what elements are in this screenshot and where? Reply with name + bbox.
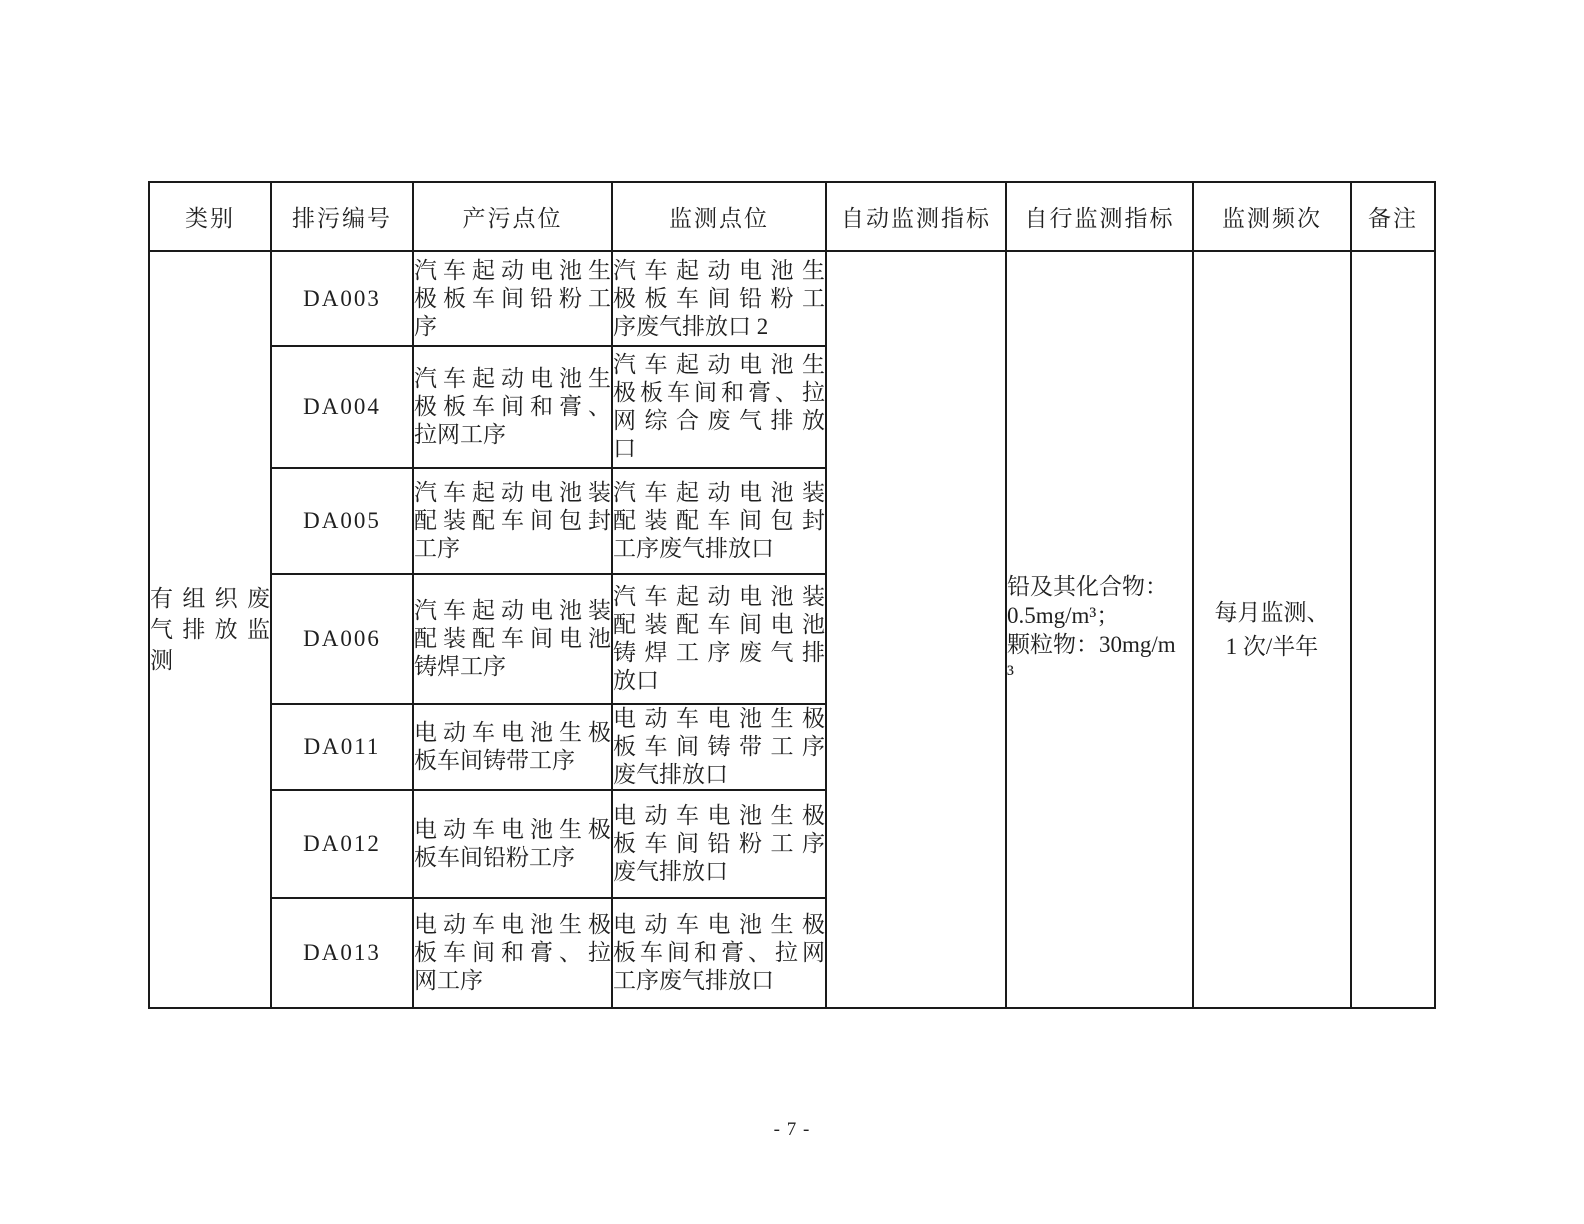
source-cell: 电动车电池生极板车间和膏、拉网工序 [413, 898, 612, 1008]
document-page: 类别 排污编号 产污点位 监测点位 自动监测指标 自行监测指标 监测频次 备注 … [0, 0, 1584, 1224]
col-header-frequency: 监测频次 [1193, 182, 1351, 251]
col-header-remark: 备注 [1351, 182, 1435, 251]
col-header-self-indicator: 自行监测指标 [1006, 182, 1193, 251]
page-number: - 7 - [0, 1119, 1584, 1141]
self-indicator-cell: 铅及其化合物： 0.5mg/m³； 颗粒物：30mg/m ³ [1006, 251, 1193, 1008]
monitor-cell: 电动车电池生极板车间铅粉工序废气排放口 [612, 790, 826, 898]
monitor-cell: 汽车起动电池生极板车间铅粉工序废气排放口 2 [612, 251, 826, 346]
monitor-cell: 汽车起动电池装配装配车间包封工序废气排放口 [612, 468, 826, 574]
code-cell: DA006 [271, 574, 413, 704]
source-cell: 汽车起动电池生极板车间铅粉工序 [413, 251, 612, 346]
col-header-auto-indicator: 自动监测指标 [826, 182, 1006, 251]
code-cell: DA003 [271, 251, 413, 346]
code-cell: DA013 [271, 898, 413, 1008]
frequency-cell: 每月监测、 1 次/半年 [1193, 251, 1351, 1008]
category-cell: 有组织废气排放监测 [149, 251, 271, 1008]
monitor-cell: 电动车电池生极板车间和膏、拉网工序废气排放口 [612, 898, 826, 1008]
source-cell: 汽车起动电池装配装配车间包封工序 [413, 468, 612, 574]
code-cell: DA012 [271, 790, 413, 898]
monitor-cell: 电动车电池生极板车间铸带工序废气排放口 [612, 704, 826, 790]
code-cell: DA005 [271, 468, 413, 574]
remark-cell [1351, 251, 1435, 1008]
source-cell: 电动车电池生极板车间铅粉工序 [413, 790, 612, 898]
code-cell: DA011 [271, 704, 413, 790]
source-cell: 电动车电池生极板车间铸带工序 [413, 704, 612, 790]
table-row: 有组织废气排放监测 DA003 汽车起动电池生极板车间铅粉工序 汽车起动电池生极… [149, 251, 1435, 346]
col-header-source: 产污点位 [413, 182, 612, 251]
code-cell: DA004 [271, 346, 413, 468]
monitoring-table: 类别 排污编号 产污点位 监测点位 自动监测指标 自行监测指标 监测频次 备注 … [148, 181, 1436, 1009]
monitor-cell: 汽车起动电池装配装配车间电池铸焊工序废气排放口 [612, 574, 826, 704]
col-header-monitor: 监测点位 [612, 182, 826, 251]
source-cell: 汽车起动电池装配装配车间电池铸焊工序 [413, 574, 612, 704]
col-header-category: 类别 [149, 182, 271, 251]
table-header-row: 类别 排污编号 产污点位 监测点位 自动监测指标 自行监测指标 监测频次 备注 [149, 182, 1435, 251]
monitor-cell: 汽车起动电池生极板车间和膏、拉网综合废气排放口 [612, 346, 826, 468]
auto-indicator-cell [826, 251, 1006, 1008]
source-cell: 汽车起动电池生极板车间和膏、拉网工序 [413, 346, 612, 468]
col-header-code: 排污编号 [271, 182, 413, 251]
